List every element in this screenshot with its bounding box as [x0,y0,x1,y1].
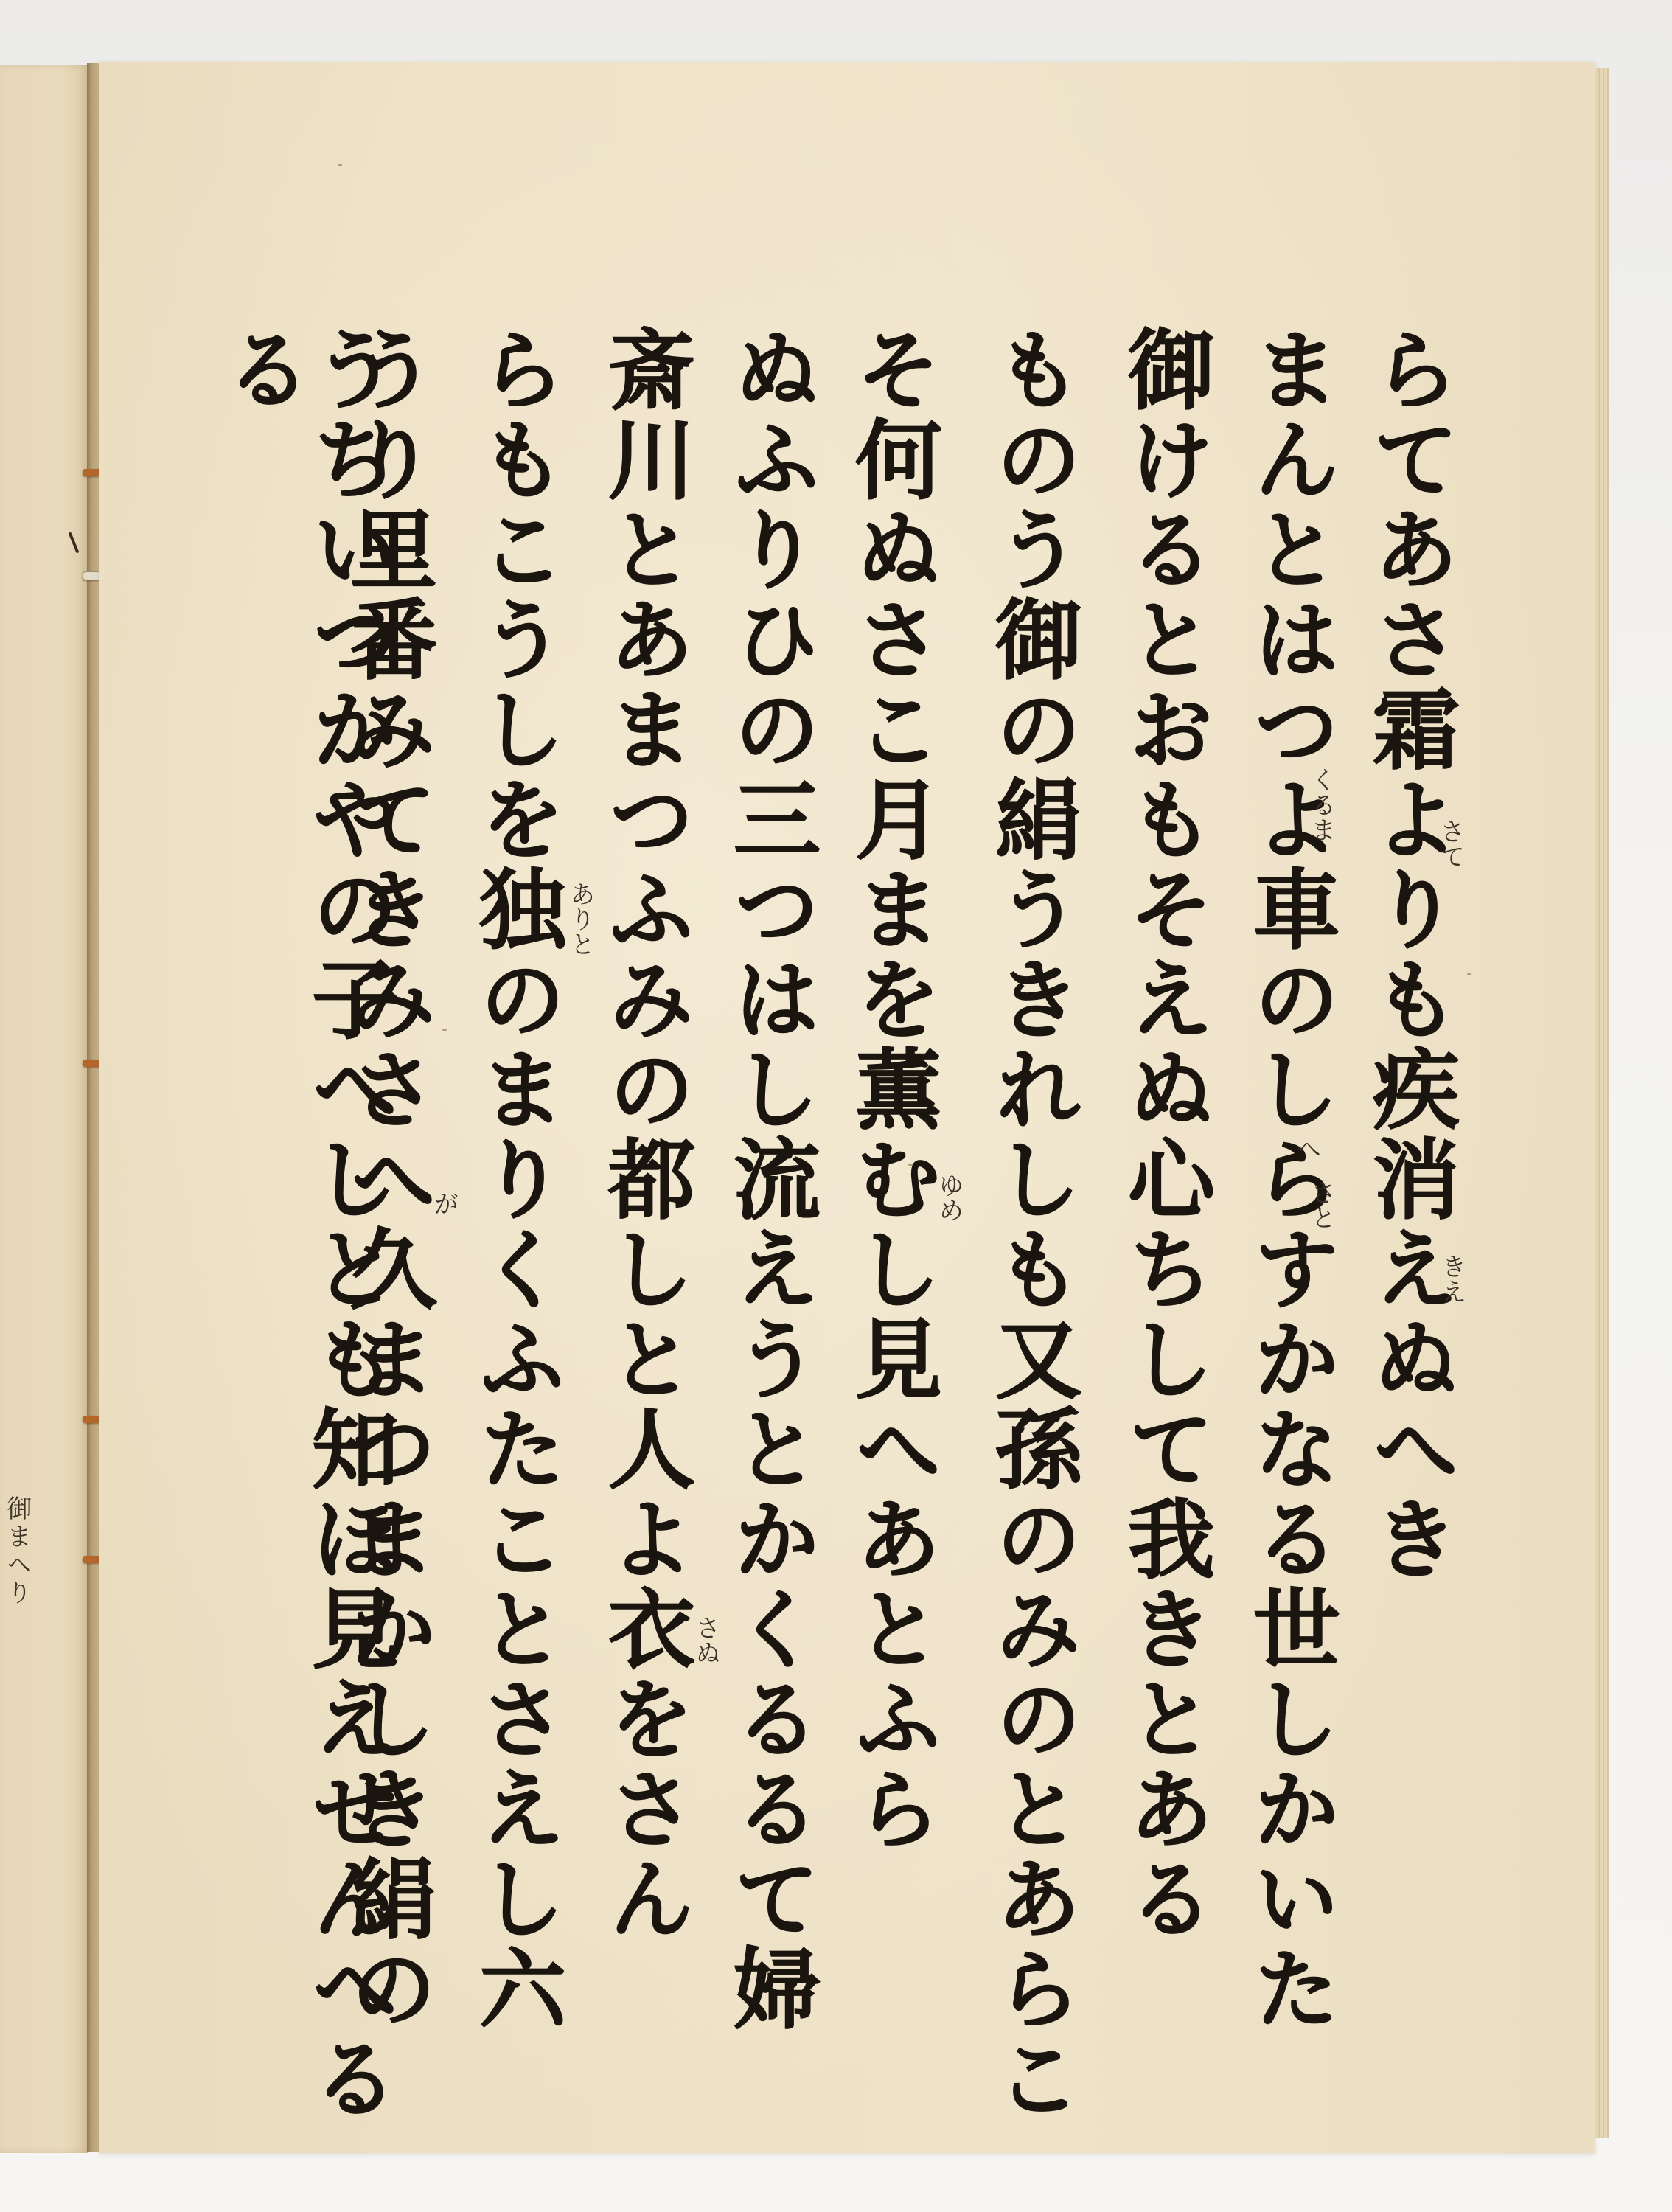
text-column-4: ものう御の絹うきれしも又孫のみのとあらこ [988,324,1075,2124]
text-column-7: 斎川とあまつふみの都しと人よ衣をさん [601,324,688,1944]
paper-speck [442,1029,447,1031]
paper-speck [338,164,342,166]
text-column-1: らてあさ霜よりも疾消えぬへき [1365,324,1452,1584]
text-column-3: 御けるとおもそえぬ心ちして我きとある [1121,324,1208,1944]
text-column-6: ぬふりひの三つはし流えうとかくるるて婦 [726,324,813,2034]
text-column-8: らもこうしを独のまりくふたことさえし六 [472,324,559,2034]
text-column-5: そ何ぬさこ月まを薫むし見へあとふら [848,324,935,1854]
text-column-2: まんとはつよ車のしらすかなる世しかいた [1246,324,1333,2034]
furigana-gloss: くるま [1309,767,1334,842]
marginal-note: 御まへり [6,1495,35,1607]
text-column-10: うちいつかやの子へしとも知ほ見えせんへるる [217,324,391,2212]
furigana-gloss: へ [1294,1135,1319,1161]
furigana-gloss: きえ [1439,1253,1464,1304]
page-fore-edge [1595,68,1609,2138]
paper-speck [1467,973,1471,975]
furigana-gloss: さと [1309,1180,1334,1230]
furigana-gloss: が [431,1191,456,1216]
furigana-gloss: さぬ [693,1615,718,1665]
furigana-gloss: さて [1438,818,1463,869]
furigana-gloss: ゆめ [936,1172,961,1222]
ink-mark [69,532,80,553]
furigana-gloss: ありと [568,881,593,956]
binding-gutter [87,63,99,2152]
left-page: 御まへり [0,65,88,2153]
